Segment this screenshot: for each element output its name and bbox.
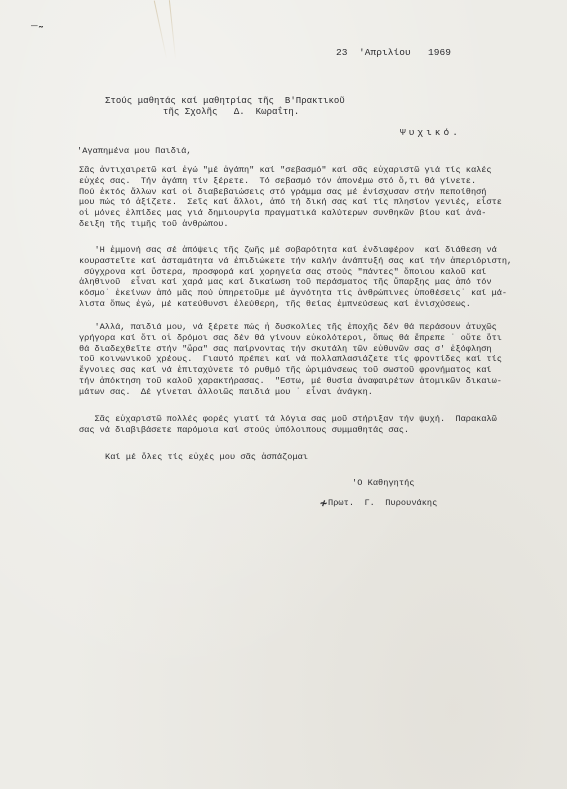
addressee-line-1: Στούς μαθητάς καί μαθητρίας τῆς Β'Πρακτι… xyxy=(105,97,345,106)
text-line: 'Αλλά, παιδιά μου, νά ξέρετε πώς ἡ δυσκο… xyxy=(79,322,549,333)
text-line: λιστα ὅπως ἐγώ, μέ κατεύθυνσι ἐλεύθερη, … xyxy=(79,299,549,310)
text-line: 'Η ἐμμονή σας σέ ἀπόψεις τῆς ζωῆς μέ σοβ… xyxy=(79,245,549,256)
letter-place: Ψυχικό. xyxy=(400,128,461,138)
signature-name: Πρωτ. Γ. Πυρουνάκης xyxy=(328,499,437,508)
text-line: μου πώς τό ἀξίζετε. Σεῖς καί ἄλλοι, ἀπό … xyxy=(79,197,549,208)
text-line: Πού ἐκτός ἄλλων καί οἱ διαβεβαιώσεις στό… xyxy=(79,187,549,198)
addressee-line-2: τῆς Σχολῆς Δ. Κωραΐτη. xyxy=(163,108,299,117)
text-line: δειξη τῆς τιμῆς τοῦ ἀνθρώπου. xyxy=(79,219,549,230)
text-line: Σᾶς εὐχαριστῶ πολλές φορές γιατί τά λόγι… xyxy=(79,414,549,425)
signature-mark: ≁ xyxy=(320,496,327,511)
text-line: κουραστεῖτε καί ἀσταμάτητα νά ἐπιδιώκετε… xyxy=(79,256,549,267)
corner-mark: ‾˜ xyxy=(31,26,44,38)
paragraph-2: 'Η ἐμμονή σας σέ ἀπόψεις τῆς ζωῆς μέ σοβ… xyxy=(79,245,549,310)
text-line: γρήγορα καί ὅτι οἱ δρόμοι σας δέν θά γίν… xyxy=(79,333,549,344)
paragraph-1: Σᾶς ἀντιχαιρετῶ καί ἐγώ "μέ ἀγάπη" καί "… xyxy=(79,165,549,230)
text-line: εὐχές σας. Τήν ἀγάπη τίν ξέρετε. Τό σεβα… xyxy=(79,176,549,187)
closing: Καί μέ ὅλες τίς εὐχές μου σᾶς ἀσπάζομαι xyxy=(105,453,308,462)
paper-crease xyxy=(154,1,167,60)
text-line: θά διαδεχθεῖτε στήν "ὥρα" σας παίρνοντας… xyxy=(79,344,549,355)
text-line: τοῦ κοινωνικοῦ χρέους. Γιαυτό πρέπει καί… xyxy=(79,354,549,365)
paragraph-3: 'Αλλά, παιδιά μου, νά ξέρετε πώς ἡ δυσκο… xyxy=(79,322,549,398)
text-line: ἔγνοιες σας καί νά ἐπιταχύνετε τό ρυθμό … xyxy=(79,365,549,376)
text-line: κόσμο˙ ἐκείνων ἀπό μᾶς πού ὑπηρετοῦμε μέ… xyxy=(79,288,549,299)
text-line: οἱ μόνες ἐλπίδες μας γιά δημιουργία πραγ… xyxy=(79,208,549,219)
text-line: τήν ἀπόκτηση τοῦ καλοῦ χαρακτήρασας. "Εσ… xyxy=(79,376,549,387)
paragraph-4: Σᾶς εὐχαριστῶ πολλές φορές γιατί τά λόγι… xyxy=(79,414,549,436)
paper-crease xyxy=(169,0,176,60)
letter-date: 23 'Απριλίου 1969 xyxy=(336,48,451,58)
text-line: σύγχρονα καί ὕστερα, προσφορά καί χορηγε… xyxy=(79,267,549,278)
letter-page: ‾˜ 23 'Απριλίου 1969 Στούς μαθητάς καί μ… xyxy=(0,0,567,789)
text-line: Σᾶς ἀντιχαιρετῶ καί ἐγώ "μέ ἀγάπη" καί "… xyxy=(79,165,549,176)
signature-title: 'Ο Καθηγητής xyxy=(352,479,415,488)
text-line: ἀληθινοῦ εἶναι καί χαρά μας καί δικαίωση… xyxy=(79,277,549,288)
text-line: σας νά διαβιβάσετε παρόμοια καί στούς ὑπ… xyxy=(79,425,549,436)
greeting: 'Αγαπημένα μου Παιδιά, xyxy=(77,147,192,156)
text-line: μάτων σας. Δέ γίνεται ἀλλοιῶς παιδιά μου… xyxy=(79,387,549,398)
